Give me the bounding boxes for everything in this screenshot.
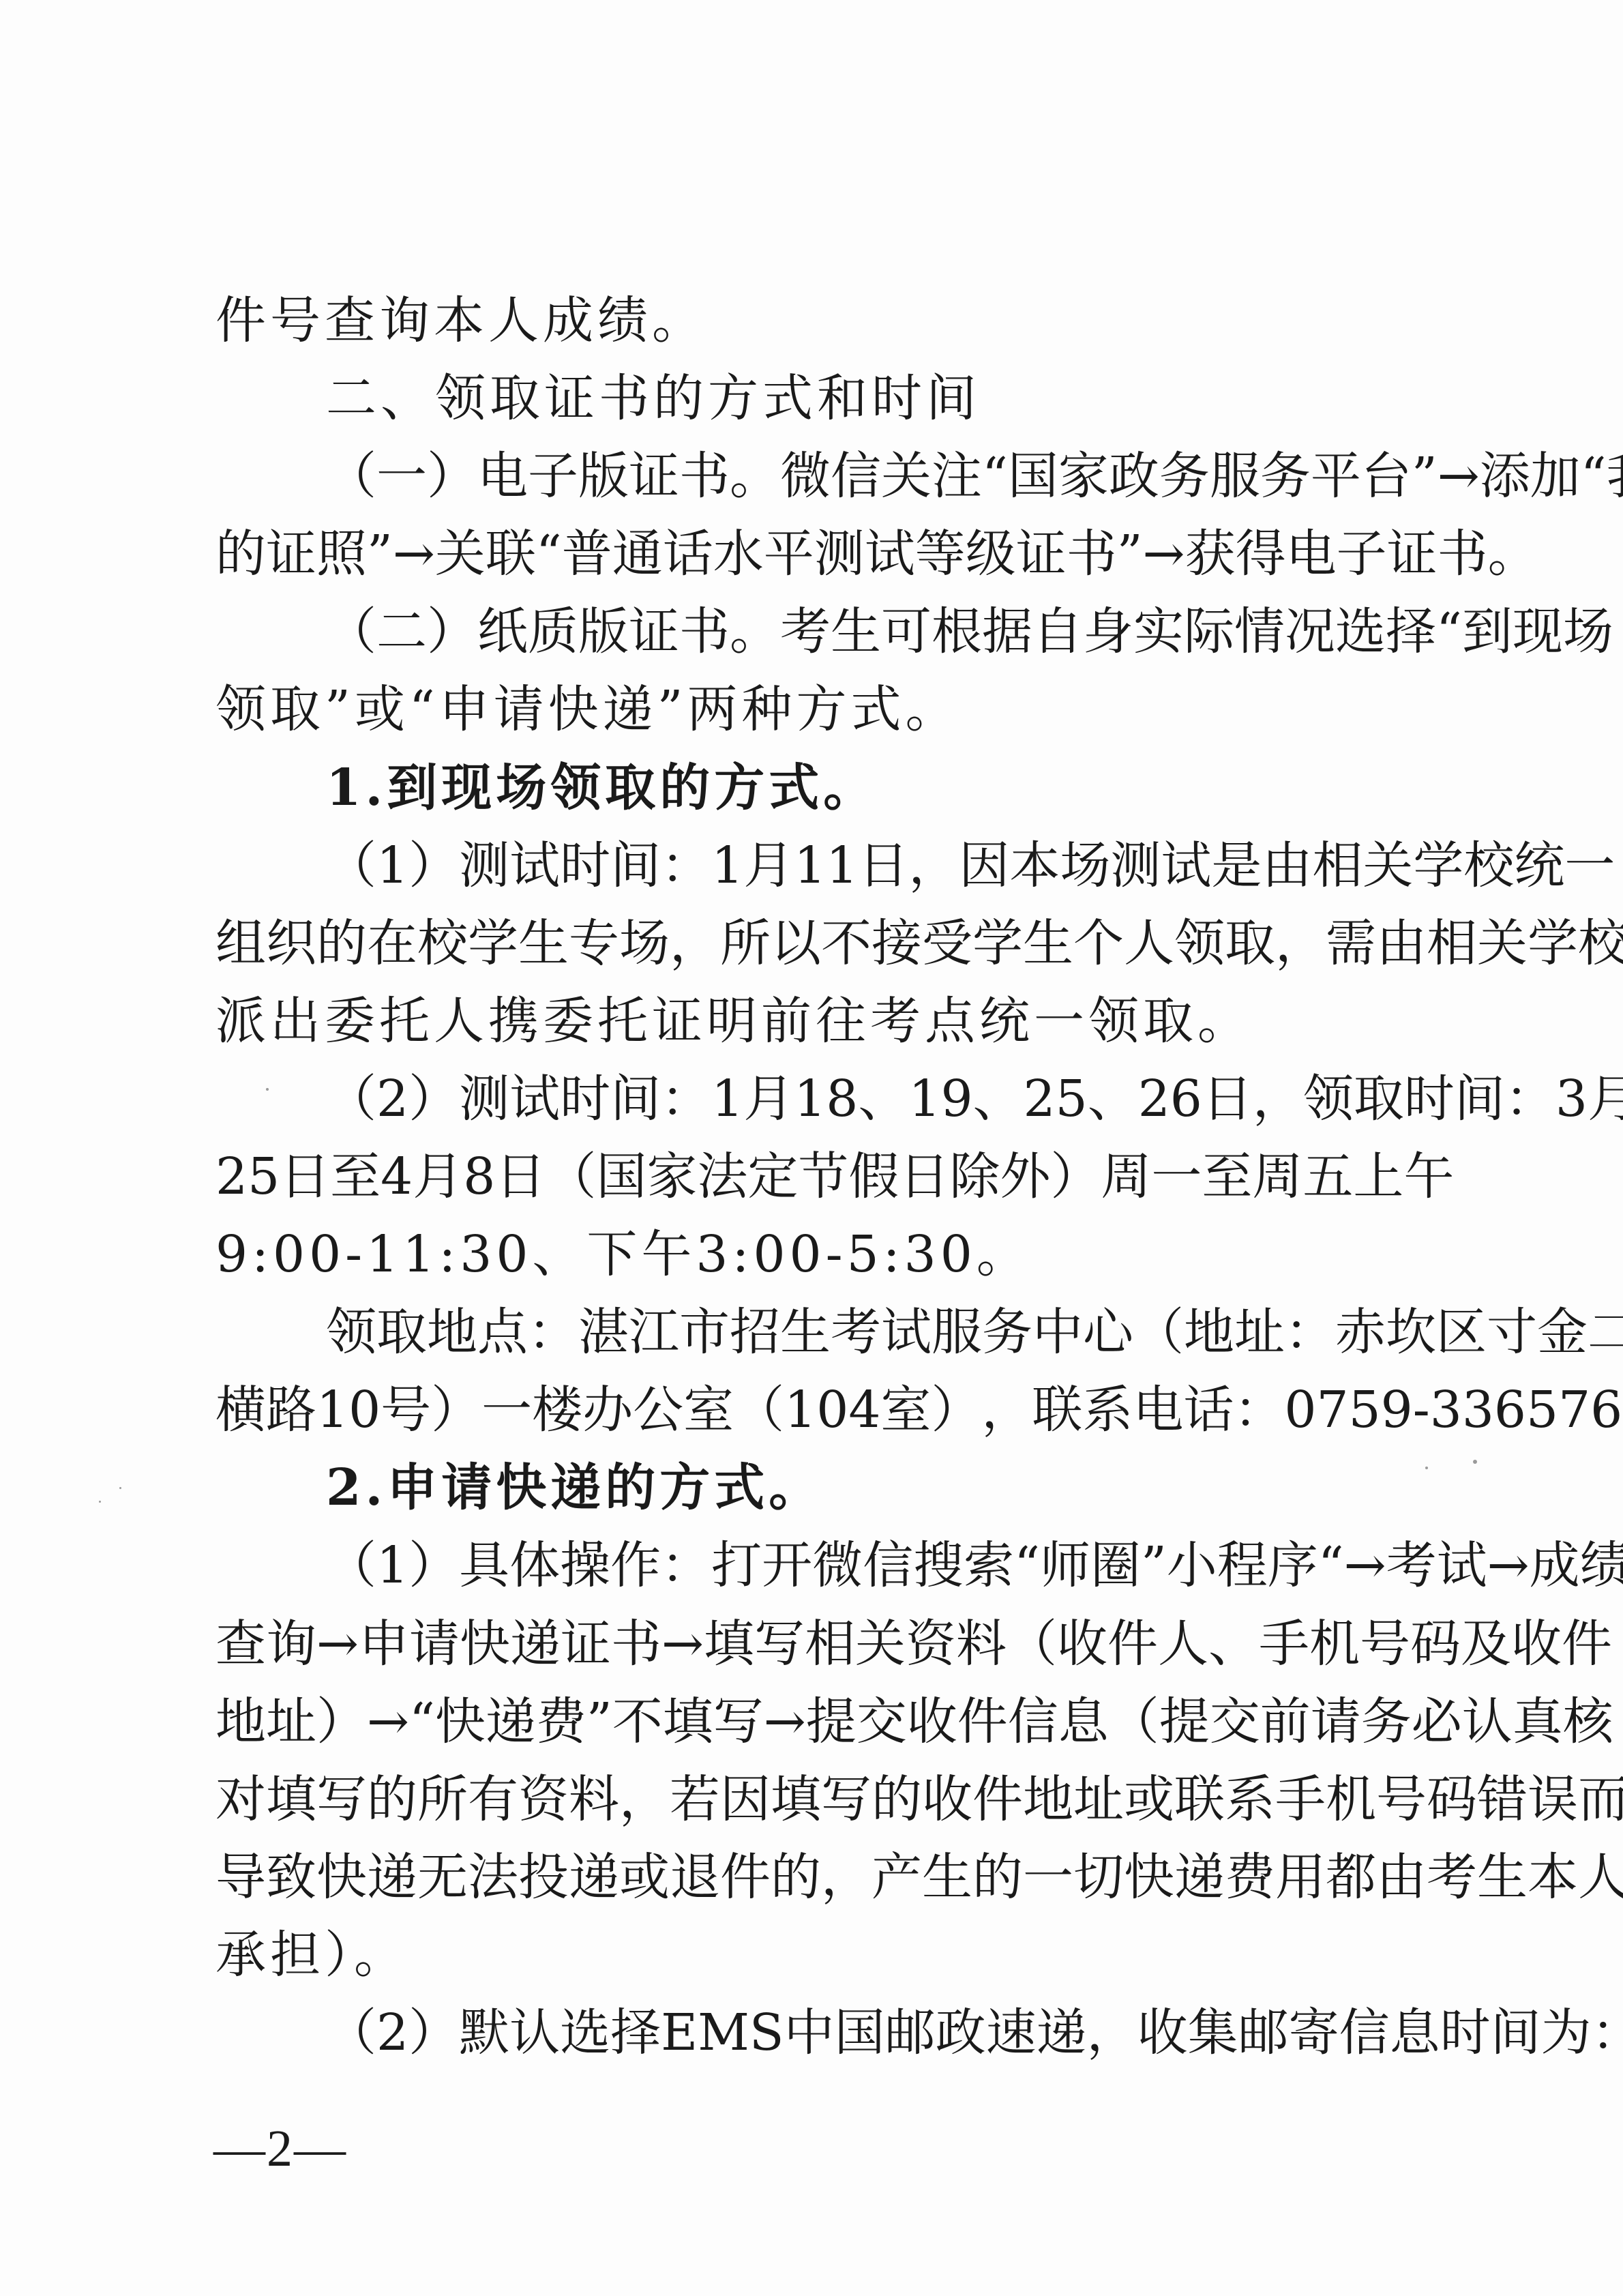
paragraph-line: 查询→申请快递证书→填写相关资料（收件人、手机号码及收件 <box>215 1610 1429 1678</box>
scan-speck <box>99 1501 101 1503</box>
document-page: 件号查询本人成绩。二、领取证书的方式和时间（一）电子版证书。微信关注“国家政务服… <box>0 0 1623 2296</box>
paragraph-line: 导致快递无法投递或退件的，产生的一切快递费用都由考生本人 <box>215 1843 1429 1911</box>
scan-speck <box>1425 1467 1428 1469</box>
paragraph-line: 领取地点：湛江市招生考试服务中心（地址：赤坎区寸金二 <box>326 1298 1429 1366</box>
paragraph-line: （一）电子版证书。微信关注“国家政务服务平台”→添加“我 <box>326 442 1429 510</box>
paragraph-line: （2）测试时间：1月18、19、25、26日，领取时间：3月 <box>326 1065 1429 1133</box>
section-subheading: 2.申请快递的方式。 <box>326 1454 1429 1522</box>
paragraph-line: 25日至4月8日（国家法定节假日除外）周一至周五上午 <box>215 1143 1429 1211</box>
section-heading: 二、领取证书的方式和时间 <box>326 364 1429 432</box>
paragraph-line: （1）测试时间：1月11日，因本场测试是由相关学校统一 <box>326 831 1429 900</box>
scan-speck <box>119 1487 121 1489</box>
paragraph-line: 对填写的所有资料，若因填写的收件地址或联系手机号码错误而 <box>215 1765 1429 1834</box>
section-subheading: 1.到现场领取的方式。 <box>326 754 1429 822</box>
paragraph-line: （1）具体操作：打开微信搜索“师圈”小程序“→考试→成绩 <box>326 1531 1429 1600</box>
paragraph-line: （2）默认选择EMS中国邮政速递，收集邮寄信息时间为： <box>326 1999 1429 2067</box>
scan-speck <box>1473 1460 1477 1464</box>
paragraph-line: 横路10号）一楼办公室（104室），联系电话：0759-3365768。 <box>215 1376 1429 1444</box>
paragraph-line: 件号查询本人成绩。 <box>215 286 1429 355</box>
paragraph-line: 的证照”→关联“普通话水平测试等级证书”→获得电子证书。 <box>215 520 1429 588</box>
paragraph-line: 领取”或“申请快递”两种方式。 <box>215 675 1429 744</box>
paragraph-line: （二）纸质版证书。考生可根据自身实际情况选择“到现场 <box>326 598 1429 666</box>
scan-speck <box>266 1088 269 1091</box>
paragraph-line: 派出委托人携委托证明前往考点统一领取。 <box>215 987 1429 1055</box>
paragraph-line: 组织的在校学生专场，所以不接受学生个人领取，需由相关学校 <box>215 909 1429 977</box>
paragraph-line: 承担）。 <box>215 1921 1429 1989</box>
paragraph-line: 地址）→“快递费”不填写→提交收件信息（提交前请务必认真核 <box>215 1688 1429 1756</box>
paragraph-line: 9:00-11:30、下午3:00-5:30。 <box>215 1220 1429 1289</box>
page-number: —2— <box>213 2118 347 2179</box>
